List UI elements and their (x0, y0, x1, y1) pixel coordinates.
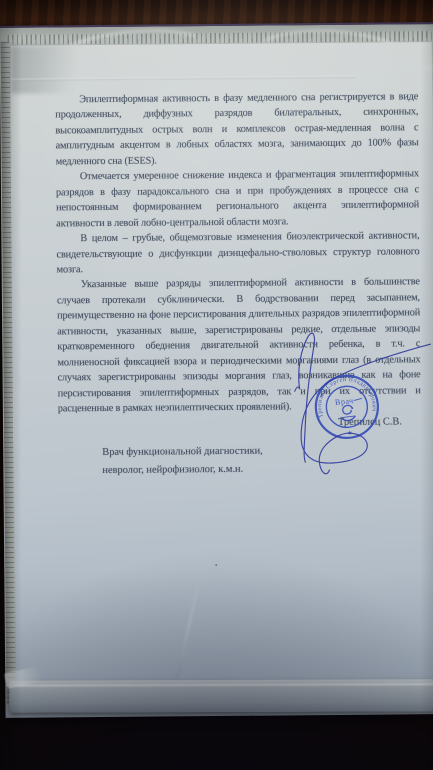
signatory-role: Врач функциональной диагностики, невроло… (102, 441, 421, 481)
stamp-inner-ring (324, 384, 369, 429)
report-paragraph: Эпилептиформная активность в фазу медлен… (55, 89, 419, 169)
photo-scene: Эпилептиформная активность в фазу медлен… (0, 0, 433, 770)
ink-speck (215, 564, 217, 566)
page-edge-highlight (13, 683, 433, 686)
stamp-center-text: Врач (335, 396, 354, 407)
svg-text:Трепилец Сергей Владимирович: Трепилец Сергей Владимирович (313, 373, 379, 419)
bowl-of-hygieia-icon (339, 405, 356, 422)
report-paragraph: Отмечается умеренное снижение индекса и … (56, 166, 420, 231)
paper-crease (176, 575, 201, 678)
stamp-ring-text: Трепилец Сергей Владимирович (313, 373, 379, 419)
stamp-dash (354, 398, 363, 400)
signatory-role-line: невролог, нейрофизиолог, к.м.н. (102, 459, 421, 480)
report-paragraph: В целом – грубые, общемозговые изменения… (56, 228, 419, 278)
stamp-star-icon: ★ (347, 429, 353, 437)
document-in-sleeve: Эпилептиформная активность в фазу медлен… (0, 0, 433, 770)
doctor-stamp: Трепилец Сергей Владимирович Врач ★ (303, 363, 392, 452)
page-stack-edge (9, 679, 433, 713)
